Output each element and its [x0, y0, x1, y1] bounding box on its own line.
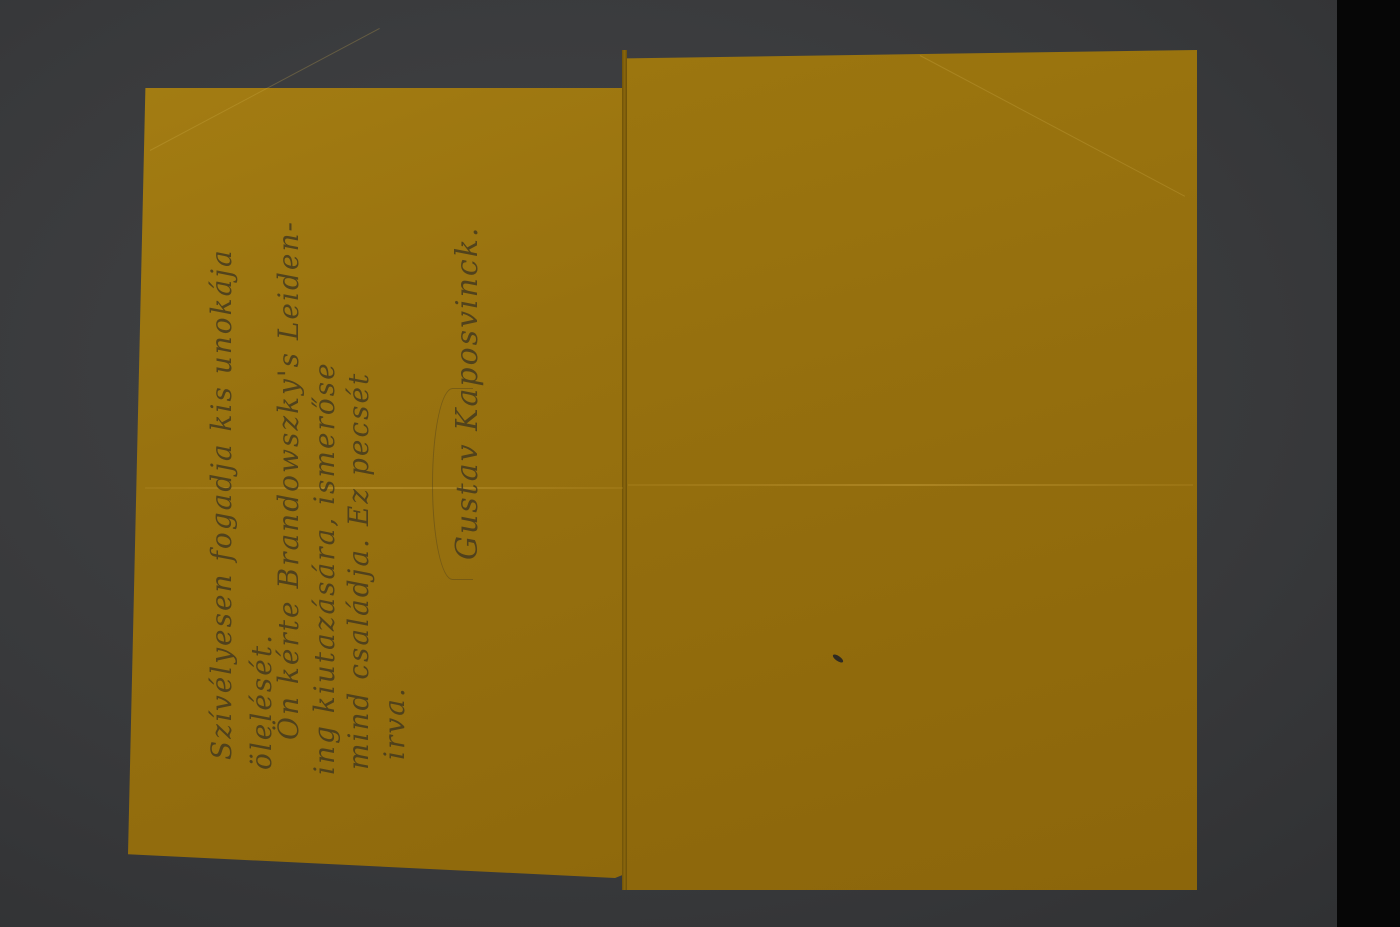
horizontal-fold-left: [145, 487, 623, 489]
letter-right-page: [625, 50, 1197, 890]
edge-shadow-strip: [1337, 0, 1400, 927]
horizontal-fold-right: [628, 484, 1193, 486]
letter-left-page: [128, 88, 625, 878]
center-fold-spine: [622, 50, 627, 890]
